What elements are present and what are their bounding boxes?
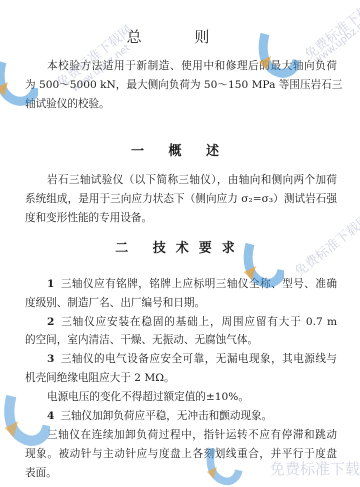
req-1-line-2: 度级别、制造厂名、出厂编号和日期。	[25, 296, 337, 310]
overview-line-3: 度和变形性能的专用设备。	[25, 211, 337, 225]
intro-line-1: 本校验方法适用于新制造、使用中和修理后的最大轴向负荷	[47, 59, 337, 73]
item-number: 1	[47, 278, 54, 290]
section-heading-requirements: 二 技术要求	[0, 237, 360, 256]
req-4-extra-2: 现象。被动针与主动针应与度盘上各刻划线重合，并平行于度盘	[25, 447, 337, 461]
item-text: 三轴仪应安装在稳固的基础上，周围应留有大于 0.7 m	[60, 316, 337, 328]
section-heading-overview: 一 概 述	[0, 140, 360, 159]
item-text: 三轴仪加卸负荷应平稳，无冲击和颤动现象。	[60, 410, 272, 422]
req-3-line-1: 3三轴仪的电气设备应安全可靠，无漏电现象，其电源线与	[47, 352, 337, 366]
item-number: 4	[47, 410, 54, 422]
req-2-line-2: 的空间，室内清洁、干燥、无振动、无腐蚀气体。	[25, 333, 337, 347]
intro-line-2: 为 500～5000 kN，最大侧向负荷为 50～150 MPa 等围压岩石三	[25, 78, 337, 92]
req-4-line-1: 4三轴仪加卸负荷应平稳，无冲击和颤动现象。	[47, 409, 337, 423]
req-3-extra: 电源电压的变化不得超过额定值的±10%。	[47, 390, 337, 404]
overview-line-2: 系统组成，是用于三向应力状态下（侧向应力 σ₂=σ₃）测试岩石强	[25, 192, 337, 206]
req-2-line-1: 2三轴仪应安装在稳固的基础上，周围应留有大于 0.7 m	[47, 315, 337, 329]
req-4-extra-3: 表面。	[25, 466, 337, 480]
intro-line-3: 轴试验仪的校验。	[25, 97, 337, 111]
item-text: 三轴仪应有铭牌，铭牌上应标明三轴仪全称、型号、准确	[60, 278, 337, 290]
req-3-line-2: 机壳间绝缘电阻应大于 2 MΩ。	[25, 371, 337, 385]
document-page: 总 则 本校验方法适用于新制造、使用中和修理后的最大轴向负荷 为 500～500…	[0, 0, 360, 487]
req-1-line-1: 1三轴仪应有铭牌，铭牌上应标明三轴仪全称、型号、准确	[47, 277, 337, 291]
item-text: 三轴仪的电气设备应安全可靠，无漏电现象，其电源线与	[60, 353, 337, 365]
req-4-extra-1: 三轴仪在连续加卸负荷过程中，指针运转不应有停滞和跳动	[47, 428, 337, 442]
item-number: 2	[47, 316, 54, 328]
overview-line-1: 岩石三轴试验仪（以下简称三轴仪），由轴向和侧向两个加荷	[47, 173, 337, 187]
page-title: 总 则	[0, 26, 360, 47]
item-number: 3	[47, 353, 54, 365]
